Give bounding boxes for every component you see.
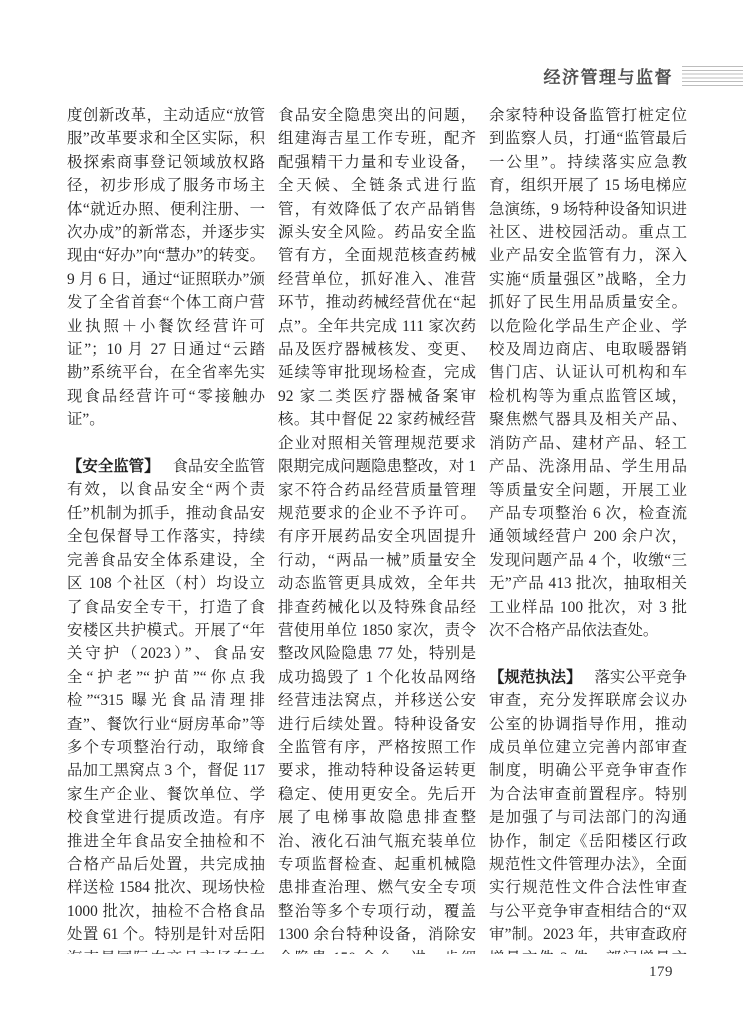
paragraph-text: 余家特种设备监管打桩定位到监察人员，打通“监管最后一公里”。持续落实应急教育，组…: [489, 107, 687, 639]
paragraph-continuation: 度创新改革，主动适应“放管服”改革要求和全区实际，积极探索商事登记领域放权路径，…: [67, 104, 265, 432]
paragraph-heading: 【安全监管】: [67, 458, 173, 475]
text-column-2: 食品安全隐患突出的问题，组建海吉星工作专班，配齐配强精干力量和专业设备，全天候、…: [278, 104, 476, 954]
paragraph-continuation: 余家特种设备监管打桩定位到监察人员，打通“监管最后一公里”。持续落实应急教育，组…: [489, 104, 687, 642]
header-rule-lines-decoration: [682, 66, 743, 86]
paragraph-heading: 【规范执法】: [489, 669, 595, 686]
yearbook-page: 经济管理与监督 度创新改革，主动适应“放管服”改革要求和全区实际，积极探索商事登…: [0, 0, 750, 1024]
text-column-1: 度创新改革，主动适应“放管服”改革要求和全区实际，积极探索商事登记领域放权路径，…: [67, 104, 265, 954]
paragraph-safety-supervision: 【安全监管】食品安全监管有效，以食品安全“两个责任”机制为抓手，推动食品安全包保…: [67, 455, 265, 954]
page-number: 179: [642, 964, 680, 981]
paragraph-text: 食品安全隐患突出的问题，组建海吉星工作专班，配齐配强精干力量和专业设备，全天候、…: [278, 107, 476, 954]
paragraph-continuation: 食品安全隐患突出的问题，组建海吉星工作专班，配齐配强精干力量和专业设备，全天候、…: [278, 104, 476, 954]
text-column-3: 余家特种设备监管打桩定位到监察人员，打通“监管最后一公里”。持续落实应急教育，组…: [489, 104, 687, 954]
running-head: 经济管理与监督: [544, 63, 744, 88]
section-header-title: 经济管理与监督: [544, 63, 674, 88]
paragraph-law-enforcement: 【规范执法】落实公平竞争审查，充分发挥联席会议办公室的协调指导作用，推动成员单位…: [489, 666, 687, 954]
paragraph-text: 度创新改革，主动适应“放管服”改革要求和全区实际，积极探索商事登记领域放权路径，…: [67, 107, 265, 428]
paragraph-text: 食品安全监管有效，以食品安全“两个责任”机制为抓手，推动食品安全包保督导工作落实…: [67, 458, 265, 954]
paragraph-text: 落实公平竞争审查，充分发挥联席会议办公室的协调指导作用，推动成员单位建立完善内部…: [489, 669, 687, 954]
